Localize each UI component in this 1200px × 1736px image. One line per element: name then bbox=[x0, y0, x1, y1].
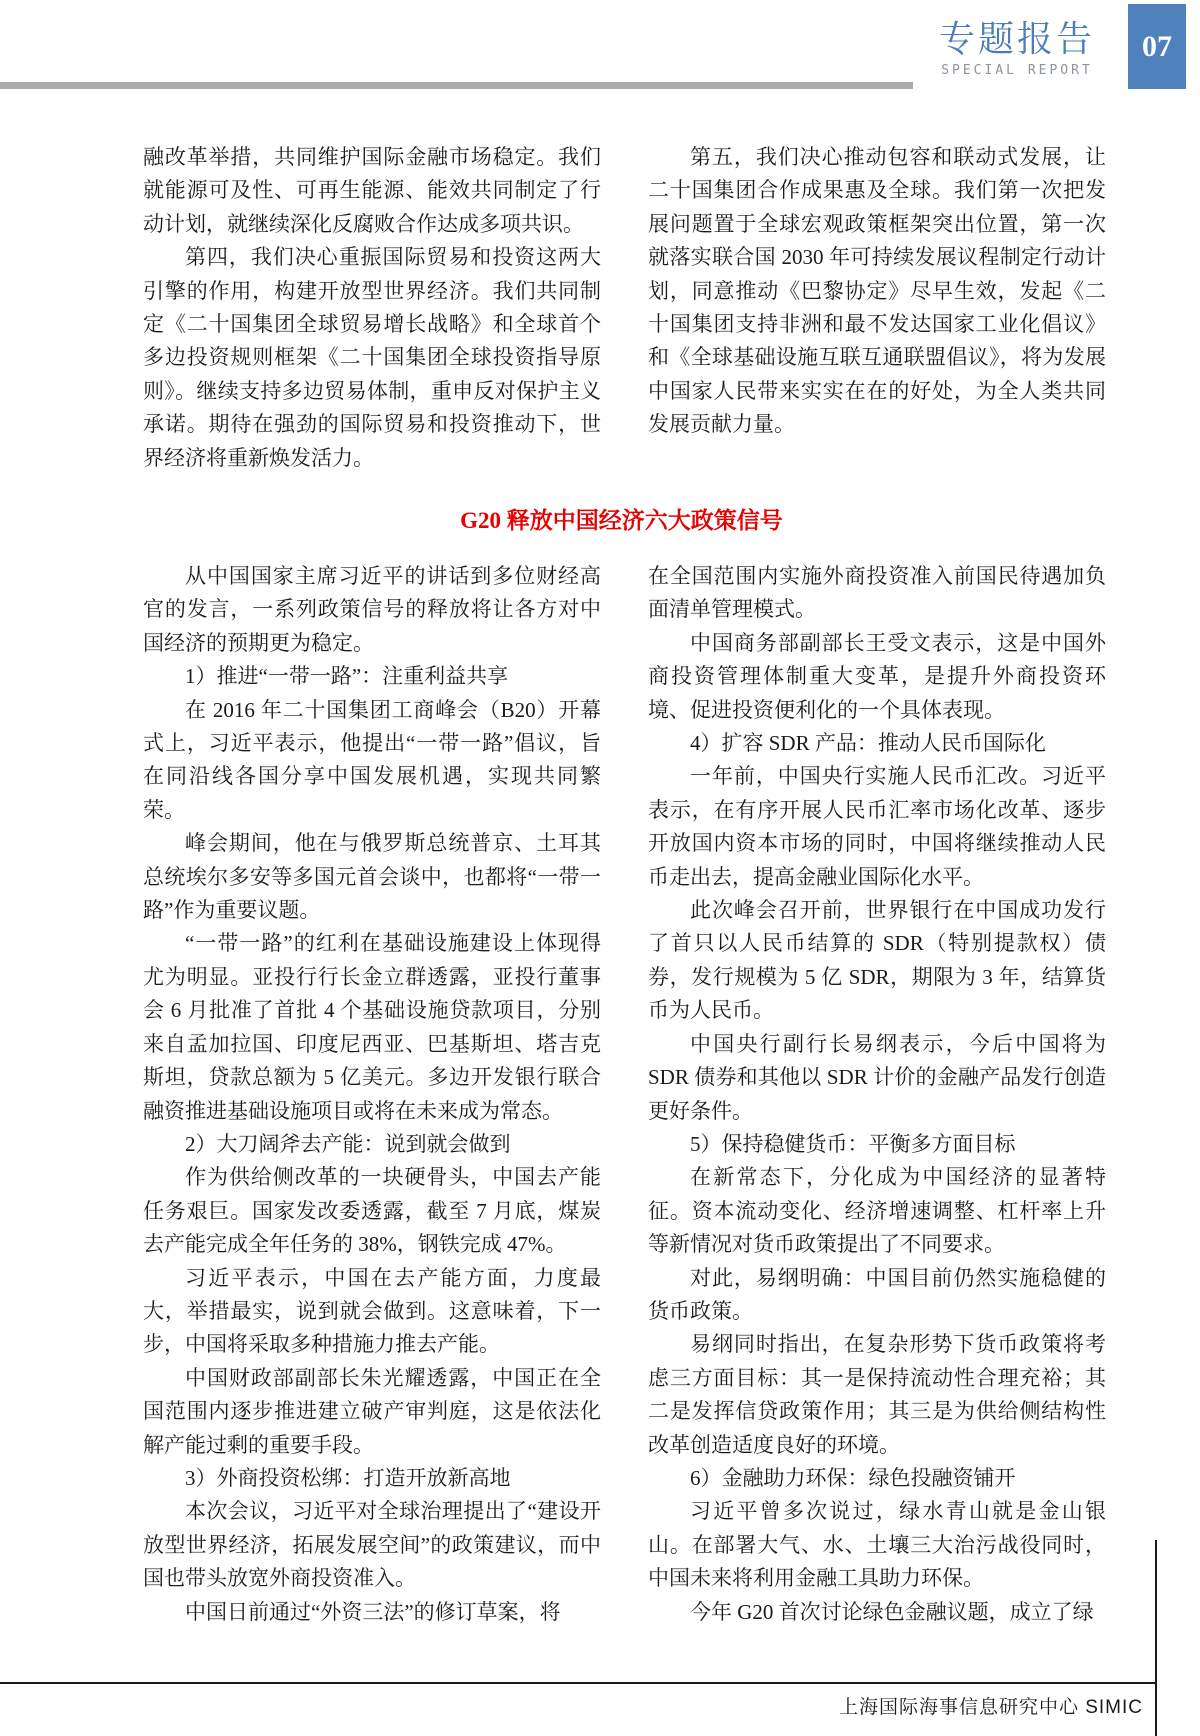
paragraph: 中国商务部副部长王受文表示，这是中国外商投资管理体制重大变革，是提升外商投资环境… bbox=[648, 627, 1106, 727]
paragraph: 第五，我们决心推动包容和联动式发展，让二十国集团合作成果惠及全球。我们第一次把发… bbox=[648, 141, 1106, 442]
header-divider-bar bbox=[0, 82, 913, 89]
footer-rule bbox=[0, 1682, 1156, 1684]
paragraph: 在 2016 年二十国集团工商峰会（B20）开幕式上，习近平表示，他提出“一带一… bbox=[143, 694, 601, 828]
intro-column-left: 融改革举措，共同维护国际金融市场稳定。我们就能源可及性、可再生能源、能效共同制定… bbox=[143, 141, 601, 475]
page-title: 专题报告 bbox=[939, 18, 1095, 60]
report-page: 专题报告 SPECIAL REPORT 07 融改革举措，共同维护国际金融市场稳… bbox=[0, 0, 1200, 1736]
paragraph: 中国财政部副部长朱光耀透露，中国正在全国范围内逐步推进建立破产审判庭，这是依法化… bbox=[143, 1362, 601, 1462]
body-column-left: 从中国国家主席习近平的讲话到多位财经高官的发言，一系列政策信号的释放将让各方对中… bbox=[143, 560, 601, 1629]
paragraph: 6）金融助力环保：绿色投融资铺开 bbox=[648, 1462, 1106, 1495]
paragraph: 本次会议，习近平对全球治理提出了“建设开放型世界经济，拓展发展空间”的政策建议，… bbox=[143, 1495, 601, 1595]
section-heading: G20 释放中国经济六大政策信号 bbox=[143, 502, 1100, 535]
paragraph: 今年 G20 首次讨论绿色金融议题，成立了绿 bbox=[648, 1596, 1106, 1629]
paragraph: 作为供给侧改革的一块硬骨头，中国去产能任务艰巨。国家发改委透露，截至 7 月底，… bbox=[143, 1161, 601, 1261]
footer-vertical-rule bbox=[1155, 1540, 1157, 1736]
paragraph: 对此，易纲明确：中国目前仍然实施稳健的货币政策。 bbox=[648, 1262, 1106, 1329]
page-subtitle: SPECIAL REPORT bbox=[939, 63, 1095, 78]
paragraph: 此次峰会召开前，世界银行在中国成功发行了首只以人民币结算的 SDR（特别提款权）… bbox=[648, 894, 1106, 1028]
header-title-block: 专题报告 SPECIAL REPORT bbox=[939, 18, 1095, 78]
paragraph: 易纲同时指出，在复杂形势下货币政策将考虑三方面目标：其一是保持流动性合理充裕；其… bbox=[648, 1328, 1106, 1462]
paragraph: 习近平表示，中国在去产能方面，力度最大，举措最实，说到就会做到。这意味着，下一步… bbox=[143, 1262, 601, 1362]
paragraph: 融改革举措，共同维护国际金融市场稳定。我们就能源可及性、可再生能源、能效共同制定… bbox=[143, 141, 601, 241]
paragraph: 第四，我们决心重振国际贸易和投资这两大引擎的作用，构建开放型世界经济。我们共同制… bbox=[143, 241, 601, 475]
paragraph: 从中国国家主席习近平的讲话到多位财经高官的发言，一系列政策信号的释放将让各方对中… bbox=[143, 560, 601, 660]
paragraph: 峰会期间，他在与俄罗斯总统普京、土耳其总统埃尔多安等多国元首会谈中，也都将“一带… bbox=[143, 827, 601, 927]
intro-column-right: 第五，我们决心推动包容和联动式发展，让二十国集团合作成果惠及全球。我们第一次把发… bbox=[648, 141, 1106, 442]
paragraph: 在新常态下，分化成为中国经济的显著特征。资本流动变化、经济增速调整、杠杆率上升等… bbox=[648, 1161, 1106, 1261]
footer-organization: 上海国际海事信息研究中心 SIMIC bbox=[839, 1692, 1143, 1719]
paragraph: 中国日前通过“外资三法”的修订草案，将 bbox=[143, 1596, 601, 1629]
paragraph: 3）外商投资松绑：打造开放新高地 bbox=[143, 1462, 601, 1495]
paragraph: 5）保持稳健货币：平衡多方面目标 bbox=[648, 1128, 1106, 1161]
paragraph: 习近平曾多次说过，绿水青山就是金山银山。在部署大气、水、土壤三大治污战役同时，中… bbox=[648, 1495, 1106, 1595]
body-column-right: 在全国范围内实施外商投资准入前国民待遇加负面清单管理模式。中国商务部副部长王受文… bbox=[648, 560, 1106, 1629]
paragraph: 4）扩容 SDR 产品：推动人民币国际化 bbox=[648, 727, 1106, 760]
paragraph: 1）推进“一带一路”：注重利益共享 bbox=[143, 660, 601, 693]
paragraph: “一带一路”的红利在基础设施建设上体现得尤为明显。亚投行行长金立群透露，亚投行董… bbox=[143, 927, 601, 1127]
page-number-badge: 07 bbox=[1128, 4, 1186, 89]
paragraph: 2）大刀阔斧去产能：说到就会做到 bbox=[143, 1128, 601, 1161]
paragraph: 在全国范围内实施外商投资准入前国民待遇加负面清单管理模式。 bbox=[648, 560, 1106, 627]
paragraph: 中国央行副行长易纲表示，今后中国将为 SDR 债券和其他以 SDR 计价的金融产… bbox=[648, 1028, 1106, 1128]
paragraph: 一年前，中国央行实施人民币汇改。习近平表示，在有序开展人民币汇率市场化改革、逐步… bbox=[648, 760, 1106, 894]
